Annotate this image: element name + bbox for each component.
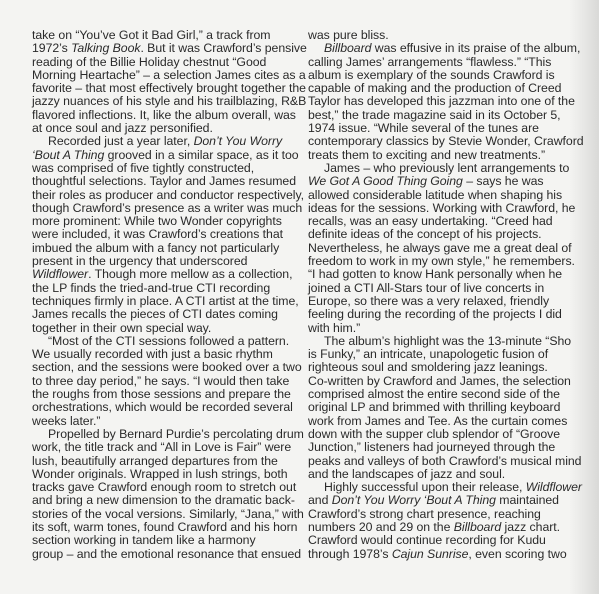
text-line: Taylor has developed this jazzman into o…: [308, 95, 578, 108]
text-line: Crawford’s strong chart presence, reachi…: [308, 508, 578, 521]
text-segment: and bring a new dimension to the dramati…: [32, 493, 295, 507]
text-segment: calling James’ arrangements “flawless.” …: [308, 55, 551, 69]
text-segment: was pure bliss.: [308, 28, 389, 42]
text-line: Recorded just a year later, Don’t You Wo…: [32, 135, 302, 148]
text-line: with him.”: [308, 322, 578, 335]
text-line: more prominent: While two Wonder copyrig…: [32, 215, 302, 228]
text-segment: though Crawford’s presence as a writer w…: [32, 201, 302, 215]
text-line: its soft, warm tones, found Crawford and…: [32, 521, 302, 534]
text-line: James – who previously lent arrangements…: [308, 162, 578, 175]
text-segment: 1974 issue. “While several of the tunes …: [308, 121, 539, 135]
text-line: contemporary classics by Stevie Wonder, …: [308, 135, 578, 148]
text-segment: jazzy nuances of his style and his trail…: [32, 94, 306, 108]
text-segment: contemporary classics by Stevie Wonder, …: [308, 134, 584, 148]
text-line: 1974 issue. “While several of the tunes …: [308, 122, 578, 135]
text-line: Co-written by Crawford and James, the se…: [308, 375, 578, 388]
text-line: righteous soul and smoldering jazz leani…: [308, 361, 578, 374]
text-segment: James – who previously lent arrangements…: [324, 161, 569, 175]
text-segment: techniques firmly in place. A CTI artist…: [32, 294, 299, 308]
text-segment: Highly successful upon their release,: [324, 480, 526, 494]
text-segment: ideas for the sessions. Working with Cra…: [308, 201, 575, 215]
text-segment: were included, it was Crawford’s creatio…: [32, 227, 283, 241]
text-segment: favorite – that most effectively brought…: [32, 81, 306, 95]
italic-title: Billboard: [454, 520, 501, 534]
text-line: Junction,” listeners had journeyed throu…: [308, 441, 578, 454]
text-line: James recalls the pieces of CTI dates co…: [32, 308, 302, 321]
italic-title: Talking Book: [71, 41, 140, 55]
text-segment: section, and the sessions were booked ov…: [32, 360, 302, 374]
text-line: ideas for the sessions. Working with Cra…: [308, 202, 578, 215]
text-line: recalls, was an easy undertaking. “Creed…: [308, 215, 578, 228]
text-segment: freedom to work in my own style,” he rem…: [308, 254, 575, 268]
text-segment: was effusive in its praise of the album,: [371, 41, 580, 55]
text-segment: to three day period,” he says. “I would …: [32, 374, 289, 388]
text-segment: capable of making and the production of …: [308, 81, 561, 95]
text-segment: Taylor has developed this jazzman into o…: [308, 94, 575, 108]
text-segment: joined a CTI All-Stars tour of live conc…: [308, 281, 544, 295]
text-line: 1972’s Talking Book. But it was Crawford…: [32, 42, 302, 55]
text-line: calling James’ arrangements “flawless.” …: [308, 56, 578, 69]
text-line: We usually recorded with just a basic rh…: [32, 348, 302, 361]
text-segment: recalls, was an easy undertaking. “Creed…: [308, 214, 553, 228]
text-line: the roughs from those sessions and prepa…: [32, 388, 302, 401]
text-line: section, and the sessions were booked ov…: [32, 361, 302, 374]
text-segment: grooved in a similar space, as it too: [104, 148, 298, 162]
text-line: were included, it was Crawford’s creatio…: [32, 228, 302, 241]
text-segment: 1972’s: [32, 41, 71, 55]
text-line: work from James and Tee. As the curtain …: [308, 415, 578, 428]
text-segment: its soft, warm tones, found Crawford and…: [32, 520, 297, 534]
text-segment: orchestrations, which would be recorded …: [32, 400, 293, 414]
text-segment: Propelled by Bernard Purdie’s percolatin…: [48, 427, 304, 441]
text-segment: , even scoring two: [468, 547, 566, 561]
text-segment: at once soul and jazz personified.: [32, 121, 213, 135]
text-line: capable of making and the production of …: [308, 82, 578, 95]
text-segment: best,” the trade magazine said in its Oc…: [308, 108, 561, 122]
text-segment: with him.”: [308, 321, 360, 335]
text-line: Crawford would continue recording for Ku…: [308, 534, 578, 547]
text-line: Europe, so there was a very relaxed, fri…: [308, 295, 578, 308]
text-segment: allowed considerable latitude when shapi…: [308, 188, 562, 202]
text-segment: The album’s highlight was the 13-minute …: [324, 334, 571, 348]
italic-title: ‘Bout A Thing: [32, 148, 104, 162]
italic-title: Cajun Sunrise: [392, 547, 469, 561]
text-segment: is Funky,” an intricate, unapologetic fu…: [308, 347, 548, 361]
italic-title: Don’t You Worry ‘Bout A Thing: [332, 493, 496, 507]
text-segment: and: [308, 493, 332, 507]
text-segment: and the landscapes of jazz and soul.: [308, 467, 505, 481]
text-line: Propelled by Bernard Purdie’s percolatin…: [32, 428, 302, 441]
text-line: jazzy nuances of his style and his trail…: [32, 95, 302, 108]
text-segment: jazz chart.: [501, 520, 560, 534]
text-line: and bring a new dimension to the dramati…: [32, 494, 302, 507]
text-segment: “I had gotten to know Hank personally wh…: [308, 267, 562, 281]
text-segment: Junction,” listeners had journeyed throu…: [308, 440, 555, 454]
text-segment: down with the supper club splendor of “G…: [308, 427, 560, 441]
text-segment: Co-written by Crawford and James, the se…: [308, 374, 571, 388]
text-line: freedom to work in my own style,” he rem…: [308, 255, 578, 268]
text-segment: Morning Heartache” – a selection James c…: [32, 68, 306, 82]
text-line: together in their own special way.: [32, 322, 302, 335]
text-line: comprised almost the entire second side …: [308, 388, 578, 401]
text-line: work, the title track and “All in Love i…: [32, 441, 302, 454]
text-segment: comprised almost the entire second side …: [308, 387, 560, 401]
text-segment: . Though more mellow as a collection,: [88, 267, 292, 281]
text-line: to three day period,” he says. “I would …: [32, 375, 302, 388]
text-segment: righteous soul and smoldering jazz leani…: [308, 360, 548, 374]
text-segment: weeks later.”: [32, 414, 100, 428]
text-segment: . But it was Crawford’s pensive: [140, 41, 306, 55]
text-line: Highly successful upon their release, Wi…: [308, 481, 578, 494]
text-segment: numbers 20 and 29 on the: [308, 520, 454, 534]
text-line: was comprised of five tightly constructe…: [32, 162, 302, 175]
text-segment: more prominent: While two Wonder copyrig…: [32, 214, 282, 228]
text-segment: the roughs from those sessions and prepa…: [32, 387, 291, 401]
text-line: peaks and valleys of both Crawford’s mus…: [308, 455, 578, 468]
text-line: Wildflower. Though more mellow as a coll…: [32, 268, 302, 281]
text-segment: Recorded just a year later,: [48, 134, 194, 148]
text-segment: work from James and Tee. As the curtain …: [308, 414, 567, 428]
text-line: lush, beautifully arranged departures fr…: [32, 455, 302, 468]
text-segment: feeling during the recording of the proj…: [308, 307, 562, 321]
left-text-column: take on “You’ve Got it Bad Girl,” a trac…: [32, 29, 302, 561]
text-segment: “Most of the CTI sessions followed a pat…: [48, 334, 289, 348]
text-line: album is exemplary of the sounds Crawfor…: [308, 69, 578, 82]
text-line: favorite – that most effectively brought…: [32, 82, 302, 95]
text-line: Wonder originals. Wrapped in lush string…: [32, 468, 302, 481]
italic-title: Billboard: [324, 41, 371, 55]
text-line: We Got A Good Thing Going – says he was: [308, 175, 578, 188]
text-segment: original LP and brimmed with thrilling k…: [308, 400, 560, 414]
text-segment: Europe, so there was a very relaxed, fri…: [308, 294, 549, 308]
text-line: Morning Heartache” – a selection James c…: [32, 69, 302, 82]
text-segment: lush, beautifully arranged departures fr…: [32, 454, 278, 468]
text-segment: their roles as producer and conductor re…: [32, 188, 304, 202]
text-segment: flavored inflections. It, like the album…: [32, 108, 296, 122]
text-segment: Wonder originals. Wrapped in lush string…: [32, 467, 288, 481]
text-segment: tracks gave Crawford enough room to stre…: [32, 480, 296, 494]
text-segment: James recalls the pieces of CTI dates co…: [32, 307, 278, 321]
text-line: numbers 20 and 29 on the Billboard jazz …: [308, 521, 578, 534]
right-text-column: was pure bliss.Billboard was effusive in…: [308, 29, 578, 561]
text-line: down with the supper club splendor of “G…: [308, 428, 578, 441]
text-segment: section working in tandem like a harmony: [32, 533, 256, 547]
text-line: at once soul and jazz personified.: [32, 122, 302, 135]
text-line: original LP and brimmed with thrilling k…: [308, 401, 578, 414]
text-segment: together in their own special way.: [32, 321, 211, 335]
text-line: take on “You’ve Got it Bad Girl,” a trac…: [32, 29, 302, 42]
text-line: imbued the album with a fancy not partic…: [32, 242, 302, 255]
text-segment: – says he was: [463, 174, 544, 188]
text-line: present in the urgency that underscored: [32, 255, 302, 268]
text-segment: present in the urgency that underscored: [32, 254, 247, 268]
text-segment: peaks and valleys of both Crawford’s mus…: [308, 454, 581, 468]
italic-title: Wildflower: [526, 480, 582, 494]
text-segment: We usually recorded with just a basic rh…: [32, 347, 273, 361]
text-line: reading of the Billie Holiday chestnut “…: [32, 56, 302, 69]
text-segment: reading of the Billie Holiday chestnut “…: [32, 55, 266, 69]
text-line: is Funky,” an intricate, unapologetic fu…: [308, 348, 578, 361]
text-segment: through 1978’s: [308, 547, 392, 561]
text-line: feeling during the recording of the proj…: [308, 308, 578, 321]
text-line: allowed considerable latitude when shapi…: [308, 189, 578, 202]
text-line: their roles as producer and conductor re…: [32, 189, 302, 202]
text-line: treats them to exciting and new treatmen…: [308, 149, 578, 162]
text-line: section working in tandem like a harmony: [32, 534, 302, 547]
text-line: joined a CTI All-Stars tour of live conc…: [308, 282, 578, 295]
text-line: orchestrations, which would be recorded …: [32, 401, 302, 414]
text-line: flavored inflections. It, like the album…: [32, 109, 302, 122]
text-segment: album is exemplary of the sounds Crawfor…: [308, 68, 555, 82]
text-segment: maintained: [496, 493, 559, 507]
text-segment: stories of the vocal versions. Similarly…: [32, 507, 304, 521]
text-line: techniques firmly in place. A CTI artist…: [32, 295, 302, 308]
italic-title: Don’t You Worry: [194, 134, 283, 148]
text-segment: treats them to exciting and new treatmen…: [308, 148, 545, 162]
text-line: Nevertheless, he always gave me a great …: [308, 242, 578, 255]
text-line: The album’s highlight was the 13-minute …: [308, 335, 578, 348]
text-line: “I had gotten to know Hank personally wh…: [308, 268, 578, 281]
text-segment: the LP finds the tried-and-true CTI reco…: [32, 281, 270, 295]
text-segment: imbued the album with a fancy not partic…: [32, 241, 279, 255]
text-line: stories of the vocal versions. Similarly…: [32, 508, 302, 521]
text-segment: thoughtful selections. Taylor and James …: [32, 174, 296, 188]
text-line: thoughtful selections. Taylor and James …: [32, 175, 302, 188]
text-line: though Crawford’s presence as a writer w…: [32, 202, 302, 215]
text-line: group – and the emotional resonance that…: [32, 548, 302, 561]
text-line: and Don’t You Worry ‘Bout A Thing mainta…: [308, 494, 578, 507]
text-line: definite ideas of the concept of his pro…: [308, 228, 578, 241]
text-segment: definite ideas of the concept of his pro…: [308, 227, 542, 241]
text-line: ‘Bout A Thing grooved in a similar space…: [32, 149, 302, 162]
italic-title: We Got A Good Thing Going: [308, 174, 463, 188]
text-line: was pure bliss.: [308, 29, 578, 42]
text-segment: work, the title track and “All in Love i…: [32, 440, 291, 454]
text-line: Billboard was effusive in its praise of …: [308, 42, 578, 55]
italic-title: Wildflower: [32, 267, 88, 281]
text-segment: Nevertheless, he always gave me a great …: [308, 241, 572, 255]
text-segment: was comprised of five tightly constructe…: [32, 161, 254, 175]
text-segment: Crawford would continue recording for Ku…: [308, 533, 546, 547]
text-segment: Crawford’s strong chart presence, reachi…: [308, 507, 541, 521]
text-line: the LP finds the tried-and-true CTI reco…: [32, 282, 302, 295]
text-line: through 1978’s Cajun Sunrise, even scori…: [308, 548, 578, 561]
text-segment: group – and the emotional resonance that…: [32, 547, 301, 561]
text-segment: take on “You’ve Got it Bad Girl,” a trac…: [32, 28, 271, 42]
text-line: best,” the trade magazine said in its Oc…: [308, 109, 578, 122]
text-line: and the landscapes of jazz and soul.: [308, 468, 578, 481]
text-line: tracks gave Crawford enough room to stre…: [32, 481, 302, 494]
text-line: weeks later.”: [32, 415, 302, 428]
text-line: “Most of the CTI sessions followed a pat…: [32, 335, 302, 348]
